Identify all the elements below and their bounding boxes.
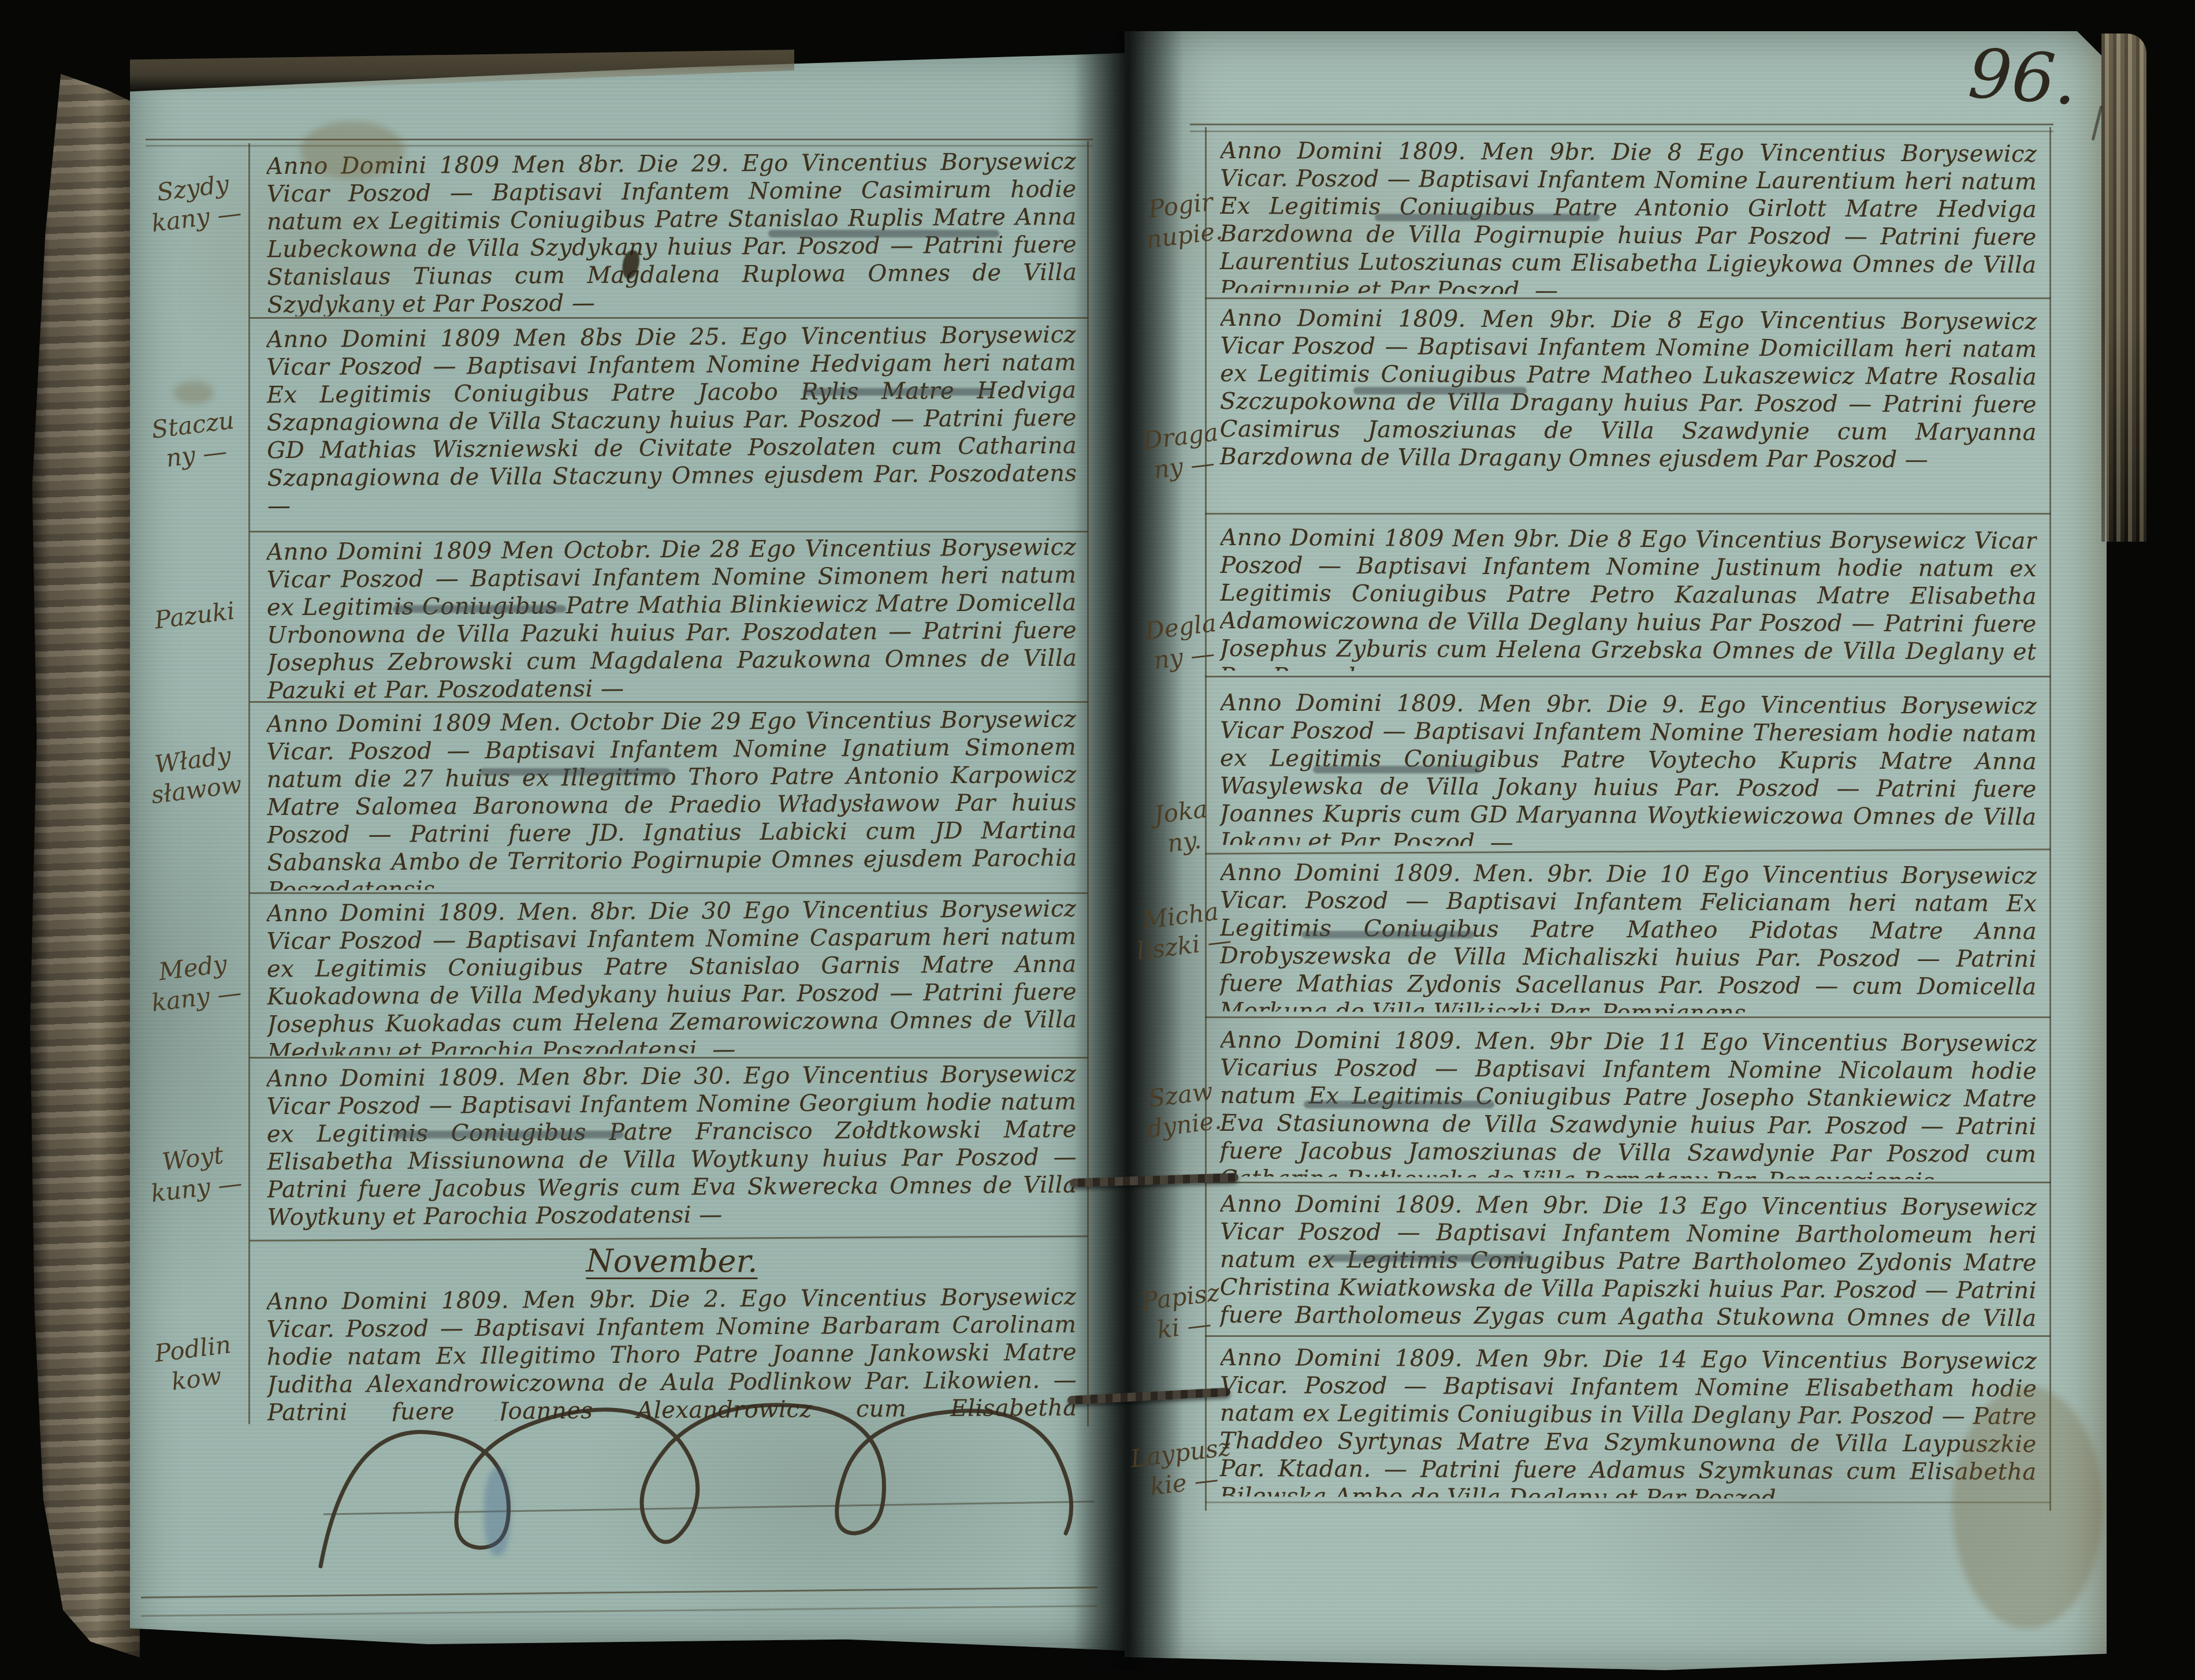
page-number: 96. (1966, 33, 2079, 121)
baptism-entry: Anno Domini 1809. Men 8br. Die 30. Ego V… (266, 1060, 1077, 1236)
pencil-smudge (1301, 931, 1475, 938)
register-scan: 96. Szydy kany — Staczu ny — Pazuki Wład… (0, 0, 2195, 1680)
entry-separator (250, 531, 1088, 532)
pencil-smudge (768, 230, 999, 237)
pencil-smudge (393, 605, 566, 613)
book-page-stack-right-edge (2101, 33, 2146, 542)
left-frame-right-rule (1087, 141, 1089, 1426)
right-frame-right-rule (2049, 127, 2051, 1511)
entry-separator (250, 1057, 1088, 1059)
entry-separator (1205, 1335, 2051, 1337)
baptism-entry: Anno Domini 1809. Men 9br. Die 8 Ego Vin… (1219, 304, 2037, 510)
right-frame-top-rule-2 (1190, 131, 2053, 132)
pencil-smudge (1325, 1254, 1532, 1262)
paper-stain (173, 381, 214, 404)
pencil-smudge (1304, 1101, 1494, 1108)
pencil-smudge (803, 388, 994, 396)
entry-separator (1205, 1016, 2051, 1018)
paper-stain (300, 121, 404, 179)
pencil-smudge (1313, 766, 1480, 773)
left-frame-top-rule (146, 139, 1093, 140)
pencil-smudge (479, 768, 670, 776)
baptism-entry: Anno Domini 1809 Men 8bs Die 25. Ego Vin… (266, 321, 1077, 530)
baptism-entry: Anno Domini 1809. Men 9br. Die 14 Ego Vi… (1219, 1344, 2037, 1500)
baptism-entry: Anno Domini 1809. Men 9br. Die 8 Ego Vin… (1219, 137, 2037, 296)
entry-separator (1205, 1182, 2051, 1183)
baptism-entry: Anno Domini 1809 Men. Octobr Die 29 Ego … (266, 706, 1077, 891)
entry-separator (1205, 513, 2051, 515)
baptism-entry: Anno Domini 1809. Men 9br. Die 2. Ego Vi… (266, 1283, 1077, 1422)
blue-ink-stain (484, 1468, 511, 1556)
entry-separator (1205, 297, 2051, 299)
entry-separator (1205, 676, 2051, 677)
pencil-smudge (1353, 387, 1527, 394)
pencil-smudge (1375, 214, 1600, 221)
left-frame-top-rule-2 (146, 145, 1093, 147)
right-bottom-rule (1205, 1502, 2051, 1503)
entry-separator (250, 892, 1088, 894)
pencil-smudge (393, 1131, 624, 1138)
paper-stain (1952, 1386, 2103, 1629)
book-page-stack-left-edge (30, 74, 140, 1657)
baptism-entry: Anno Domini 1809. Men 9br. Die 13 Ego Vi… (1219, 1190, 2037, 1333)
month-section-heading: November. (267, 1243, 1077, 1279)
entry-separator (250, 317, 1088, 319)
baptism-entry: Anno Domini 1809. Men. 8br. Die 30 Ego V… (266, 895, 1077, 1056)
baptism-entry: Anno Domini 1809 Men Octobr. Die 28 Ego … (266, 534, 1077, 701)
baptism-entry: Anno Domini 1809 Men 9br. Die 8 Ego Vinc… (1219, 524, 2037, 674)
entry-separator (250, 701, 1088, 703)
right-frame-top-rule (1190, 124, 2053, 125)
